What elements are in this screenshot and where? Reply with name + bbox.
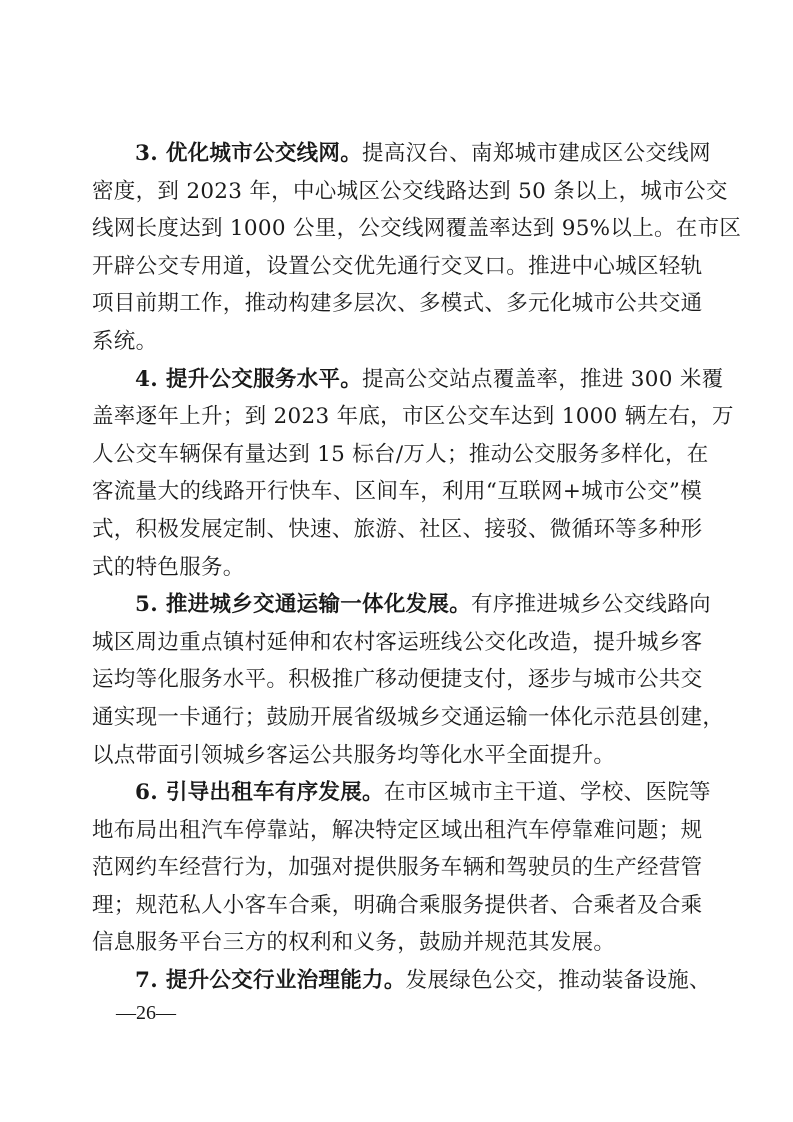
section-3-line-5: 项目前期工作，推动构建多层次、多模式、多元化城市公共交通 bbox=[92, 285, 702, 323]
section-4-line-1: 4. 提升公交服务水平。提高公交站点覆盖率，推进 300 米覆 bbox=[92, 361, 702, 399]
section-5-line-5: 以点带面引领城乡客运公共服务均等化水平全面提升。 bbox=[92, 737, 702, 775]
section-7-heading: 7. 提升公交行业治理能力。 bbox=[135, 968, 406, 993]
section-6-line-4: 理；规范私人小客车合乘，明确合乘服务提供者、合乘者及合乘 bbox=[92, 887, 702, 925]
section-3-line-4: 开辟公交专用道，设置公交优先通行交叉口。推进中心城区轻轨 bbox=[92, 248, 702, 286]
section-6-heading: 6. 引导出租车有序发展。 bbox=[135, 780, 384, 805]
section-5-line-4: 通实现一卡通行；鼓励开展省级城乡交通运输一体化示范县创建， bbox=[92, 699, 702, 737]
section-6-line-2: 地布局出租汽车停靠站，解决特定区域出租汽车停靠难问题；规 bbox=[92, 812, 702, 850]
section-3-line-6: 系统。 bbox=[92, 323, 702, 361]
section-4-line-5: 式，积极发展定制、快速、旅游、社区、接驳、微循环等多种形 bbox=[92, 511, 702, 549]
section-3-line-1: 3. 优化城市公交线网。提高汉台、南郑城市建成区公交线网 bbox=[92, 135, 702, 173]
page-number: —26— bbox=[116, 1002, 176, 1025]
section-5-line-1: 5. 推进城乡交通运输一体化发展。有序推进城乡公交线路向 bbox=[92, 586, 702, 624]
section-4-line-2: 盖率逐年上升；到 2023 年底，市区公交车达到 1000 辆左右，万 bbox=[92, 398, 702, 436]
section-3-line-3: 线网长度达到 1000 公里，公交线网覆盖率达到 95%以上。在市区 bbox=[92, 210, 702, 248]
section-7-line-1: 7. 提升公交行业治理能力。发展绿色公交，推动装备设施、 bbox=[92, 962, 702, 1000]
section-4-line-6: 式的特色服务。 bbox=[92, 549, 702, 587]
section-6-line-5: 信息服务平台三方的权利和义务，鼓励并规范其发展。 bbox=[92, 924, 702, 962]
section-3-line-2: 密度，到 2023 年，中心城区公交线路达到 50 条以上，城市公交 bbox=[92, 173, 702, 211]
section-4-line-4: 客流量大的线路开行快车、区间车，利用“互联网+城市公交”模 bbox=[92, 473, 702, 511]
section-6-line-3: 范网约车经营行为，加强对提供服务车辆和驾驶员的生产经营管 bbox=[92, 849, 702, 887]
section-5-line-2: 城区周边重点镇村延伸和农村客运班线公交化改造，提升城乡客 bbox=[92, 624, 702, 662]
section-5-line-3: 运均等化服务水平。积极推广移动便捷支付，逐步与城市公共交 bbox=[92, 661, 702, 699]
section-4-heading: 4. 提升公交服务水平。 bbox=[135, 367, 362, 392]
section-5-heading: 5. 推进城乡交通运输一体化发展。 bbox=[135, 592, 471, 617]
section-4-line-3: 人公交车辆保有量达到 15 标台/万人；推动公交服务多样化，在 bbox=[92, 436, 702, 474]
section-6-line-1: 6. 引导出租车有序发展。在市区城市主干道、学校、医院等 bbox=[92, 774, 702, 812]
document-page: 3. 优化城市公交线网。提高汉台、南郑城市建成区公交线网 密度，到 2023 年… bbox=[92, 135, 702, 1000]
section-3-heading: 3. 优化城市公交线网。 bbox=[135, 141, 362, 166]
